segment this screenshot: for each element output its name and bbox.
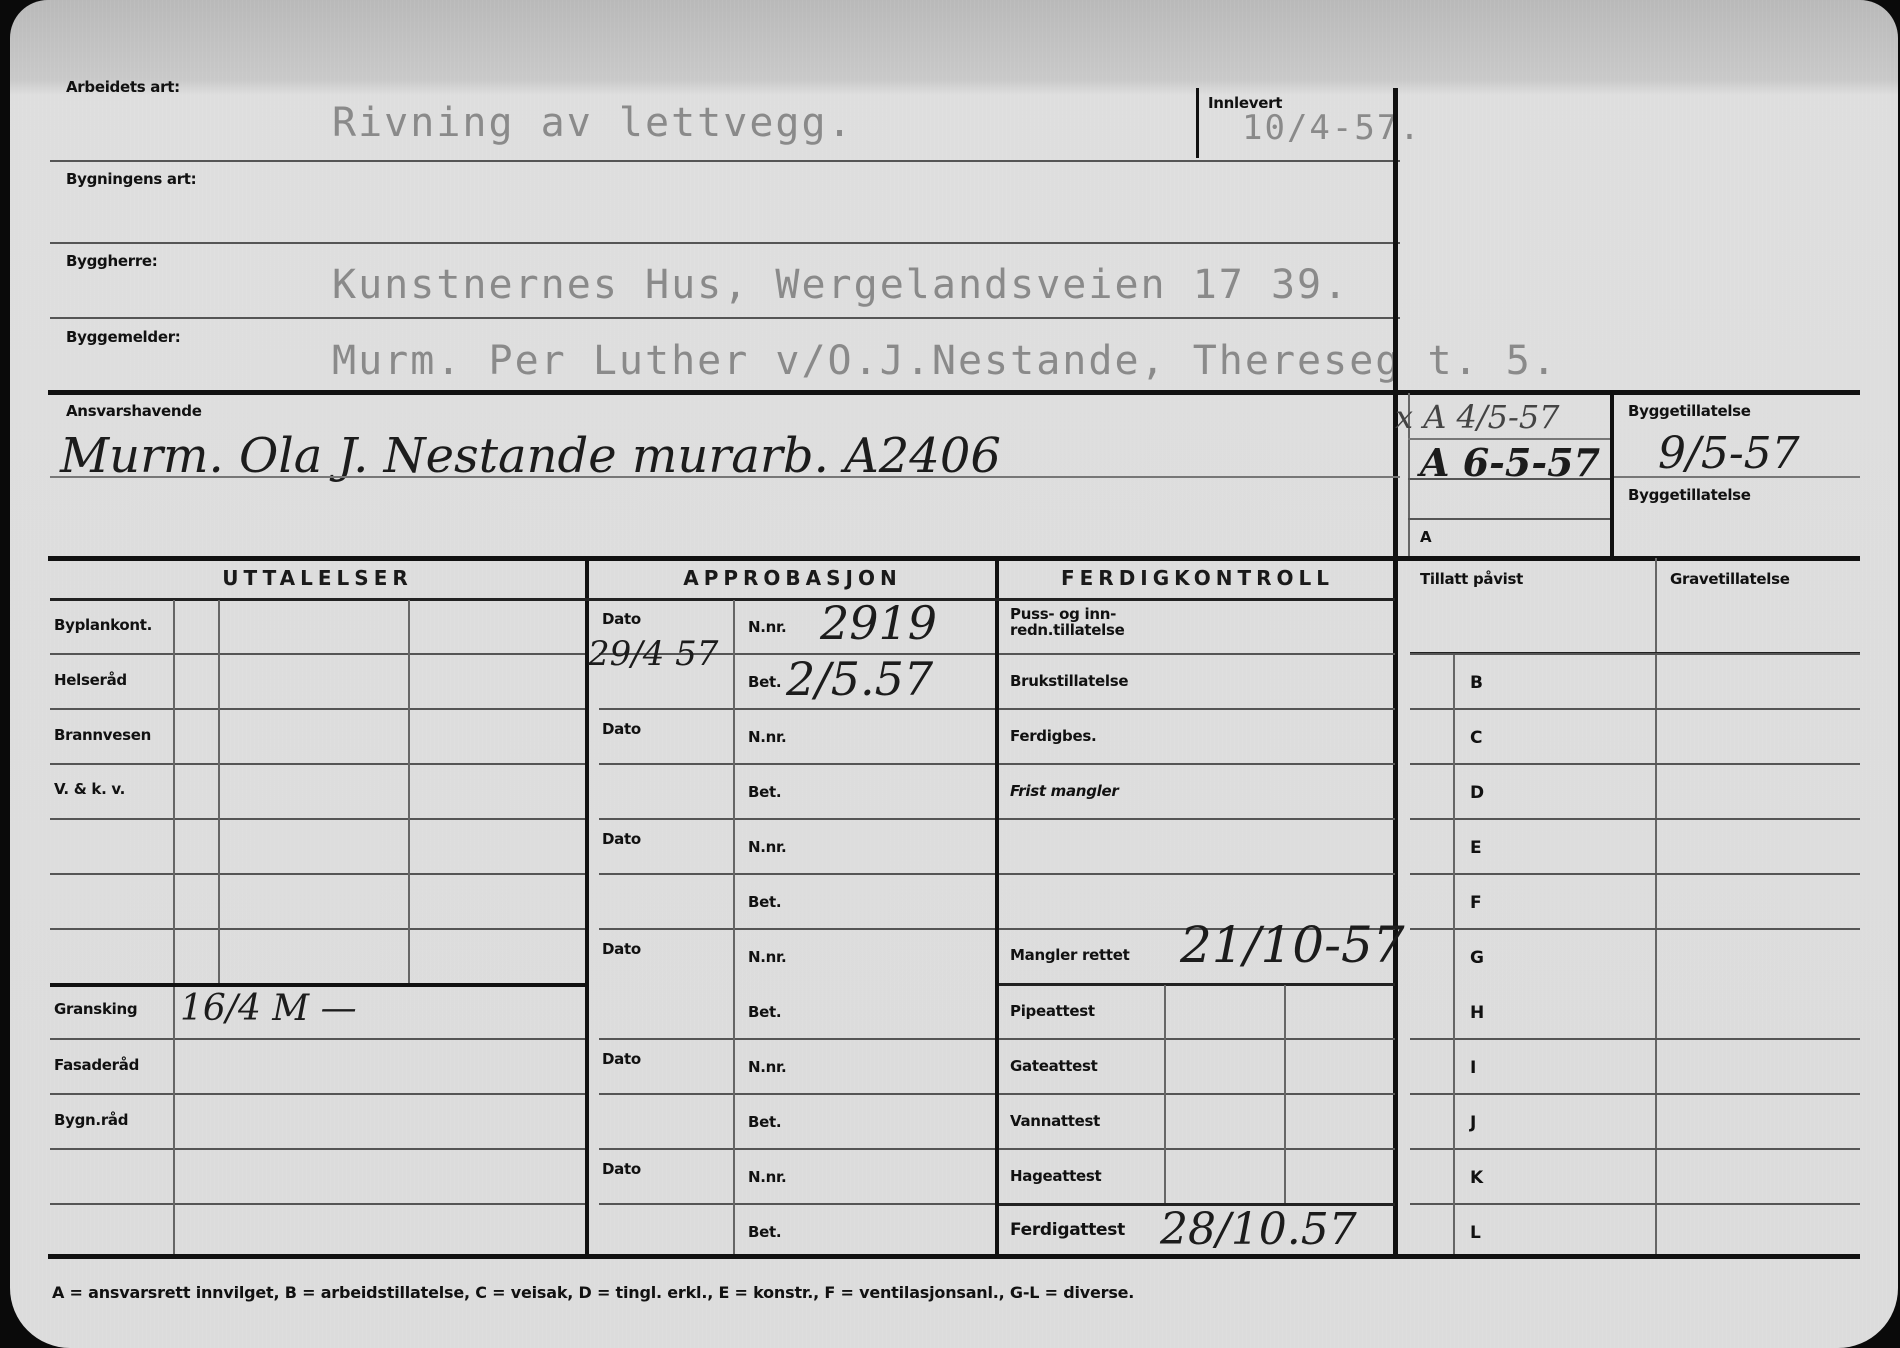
gransking-rule xyxy=(50,983,585,987)
uttalelse-label: Helseråd xyxy=(54,671,127,689)
arbeidets-art-label: Arbeidets art: xyxy=(66,78,180,96)
byggemelder-label: Byggemelder: xyxy=(66,328,181,346)
row-line xyxy=(50,1093,585,1095)
ferdigkontroll-header: FERDIGKONTROLL xyxy=(1000,566,1395,590)
nnr-label: N.nr. xyxy=(748,728,786,746)
gransking-value: 16/4 M — xyxy=(180,988,357,1029)
gransking-label: Gransking xyxy=(54,1000,137,1018)
footer-legend: A = ansvarsrett innvilget, B = arbeidsti… xyxy=(52,1283,1134,1302)
bet-label: Bet. xyxy=(748,1223,781,1241)
bet-label: Bet. xyxy=(748,673,781,691)
row-line xyxy=(1410,763,1860,765)
divider xyxy=(50,242,1400,244)
tillatt-letter: K xyxy=(1470,1168,1483,1188)
uttalelser-col xyxy=(408,600,410,984)
ferdigattest-value: 28/10.57 xyxy=(1160,1204,1357,1255)
attest-col xyxy=(1164,985,1166,1203)
bygnrad-label: Bygn.råd xyxy=(54,1111,128,1129)
row-line xyxy=(50,818,585,820)
row-line xyxy=(1410,1203,1860,1205)
table-bottom-rule xyxy=(48,1254,1860,1259)
row-line xyxy=(1410,928,1860,930)
row-line xyxy=(999,653,1395,655)
uttalelser-header: UTTALELSER xyxy=(50,566,585,590)
letter-col xyxy=(1453,655,1455,1256)
tillatt-letter: I xyxy=(1470,1058,1476,1078)
row-line xyxy=(599,708,995,710)
tillatt-letter: H xyxy=(1470,1003,1484,1023)
tillatt-letter: B xyxy=(1470,673,1483,693)
section-rule xyxy=(48,390,1860,395)
row-line xyxy=(50,1038,585,1040)
dato-label: Dato xyxy=(602,1050,641,1068)
attest-col xyxy=(1284,985,1286,1203)
row-line xyxy=(599,873,995,875)
tillatt-letter: C xyxy=(1470,728,1482,748)
bet-label: Bet. xyxy=(748,893,781,911)
dato-label: Dato xyxy=(602,610,641,628)
row-line xyxy=(1410,818,1860,820)
row-line xyxy=(1410,1148,1860,1150)
divider xyxy=(1408,518,1611,520)
divider xyxy=(1614,476,1860,478)
bygningens-art-label: Bygningens art: xyxy=(66,170,196,188)
bet-label: Bet. xyxy=(748,783,781,801)
uttalelser-col xyxy=(218,600,220,984)
writing-line xyxy=(50,476,1400,478)
building-case-index-card: Arbeidets art: Rivning av lettvegg. Innl… xyxy=(10,0,1898,1348)
tillatt-letter: J xyxy=(1470,1113,1476,1133)
row-line xyxy=(999,818,1395,820)
byggetillatelse-label-1: Byggetillatelse xyxy=(1628,402,1751,420)
hageattest-label: Hageattest xyxy=(1010,1167,1101,1185)
right-panel-divider xyxy=(1393,88,1398,1256)
ferdigkontroll-label: Puss- og inn- xyxy=(1010,606,1116,622)
ferdigkontroll-rule xyxy=(999,983,1395,986)
row-line xyxy=(599,1148,995,1150)
divider xyxy=(50,160,1400,162)
row-line xyxy=(999,873,1395,875)
uttalelser-col xyxy=(173,600,175,1256)
row-line xyxy=(999,1038,1395,1040)
approbasjon-header: APPROBASJON xyxy=(590,566,995,590)
tillatt-letter: L xyxy=(1470,1223,1481,1243)
dato-label: Dato xyxy=(602,1160,641,1178)
row-line xyxy=(50,873,585,875)
bet-value: 2/5.57 xyxy=(786,652,933,706)
col-divider xyxy=(1655,558,1657,1256)
byggetillatelse-label-2: Byggetillatelse xyxy=(1628,486,1751,504)
row-line xyxy=(50,763,585,765)
table-top-rule xyxy=(48,556,1860,561)
uttalelse-label: Byplankont. xyxy=(54,616,152,634)
nnr-label: N.nr. xyxy=(748,1058,786,1076)
arbeidets-art-value: Rivning av lettvegg. xyxy=(332,100,854,146)
dato-label: Dato xyxy=(602,830,641,848)
a-label: A xyxy=(1420,528,1431,546)
tillatt-letter: F xyxy=(1470,893,1482,913)
fasaderad-label: Fasaderåd xyxy=(54,1056,139,1074)
mangler-rettet-value: 21/10-57 xyxy=(1180,916,1405,974)
row-line xyxy=(999,1148,1395,1150)
tillatt-pavist-header: Tillatt påvist xyxy=(1420,570,1523,588)
innlevert-divider xyxy=(1196,88,1199,158)
nnr-label: N.nr. xyxy=(748,1168,786,1186)
dato-label: Dato xyxy=(602,720,641,738)
row-line xyxy=(599,1203,995,1205)
gravetillatelse-header: Gravetillatelse xyxy=(1670,570,1790,588)
ferdigkontroll-label: Brukstillatelse xyxy=(1010,672,1128,690)
row-line xyxy=(999,708,1395,710)
row-line xyxy=(599,1093,995,1095)
row-line xyxy=(1410,1038,1860,1040)
row-line xyxy=(999,1093,1395,1095)
uttalelse-label: Brannvesen xyxy=(54,726,151,744)
divider xyxy=(50,317,1400,319)
header-rule xyxy=(50,598,1395,601)
tillatt-letter: E xyxy=(1470,838,1482,858)
ferdigkontroll-label: redn.tillatelse xyxy=(1010,622,1125,638)
byggherre-label: Byggherre: xyxy=(66,252,158,270)
nnr-label: N.nr. xyxy=(748,838,786,856)
byggetillatelse-divider xyxy=(1610,393,1614,556)
nnr-label: N.nr. xyxy=(748,618,786,636)
byggemelder-value: Murm. Per Luther v/O.J.Nestande, Therese… xyxy=(332,338,1558,384)
ansvarshavende-label: Ansvarshavende xyxy=(66,402,202,420)
row-line xyxy=(50,653,585,655)
row-line xyxy=(599,818,995,820)
ferdigattest-label: Ferdigattest xyxy=(1010,1220,1125,1240)
row-line xyxy=(50,928,585,930)
row-line xyxy=(1410,1093,1860,1095)
uttalelse-label: V. & k. v. xyxy=(54,780,125,798)
nnr-value: 2919 xyxy=(820,596,937,650)
gateattest-label: Gateattest xyxy=(1010,1057,1098,1075)
row-line xyxy=(1410,708,1860,710)
row-line xyxy=(599,763,995,765)
row-line xyxy=(50,708,585,710)
row-line xyxy=(50,1148,585,1150)
col-divider xyxy=(995,558,999,1256)
row-line xyxy=(1410,653,1860,655)
nnr-label: N.nr. xyxy=(748,948,786,966)
ferdigkontroll-label: Frist mangler xyxy=(1010,782,1118,800)
row-line xyxy=(599,928,995,930)
vannattest-label: Vannattest xyxy=(1010,1112,1100,1130)
ferdigkontroll-label: Ferdigbes. xyxy=(1010,727,1096,745)
tillatt-letter: G xyxy=(1470,948,1484,968)
byggherre-value: Kunstnernes Hus, Wergelandsveien 17 39. xyxy=(332,262,1349,308)
dato-label: Dato xyxy=(602,940,641,958)
mangler-rettet-label: Mangler rettet xyxy=(1010,946,1129,964)
row-line xyxy=(50,1203,585,1205)
divider xyxy=(1408,478,1611,480)
approbasjon-col xyxy=(733,600,735,1256)
row-line xyxy=(999,763,1395,765)
tillatt-letter: D xyxy=(1470,783,1484,803)
dato-value: 29/4 57 xyxy=(588,634,718,674)
a-stamp-top: x A 4/5-57 xyxy=(1395,398,1560,436)
row-line xyxy=(1410,873,1860,875)
bet-label: Bet. xyxy=(748,1113,781,1131)
byggetillatelse-value-1: 9/5-57 xyxy=(1658,428,1800,479)
pipeattest-label: Pipeattest xyxy=(1010,1002,1095,1020)
bet-label: Bet. xyxy=(748,1003,781,1021)
row-line xyxy=(599,1038,995,1040)
